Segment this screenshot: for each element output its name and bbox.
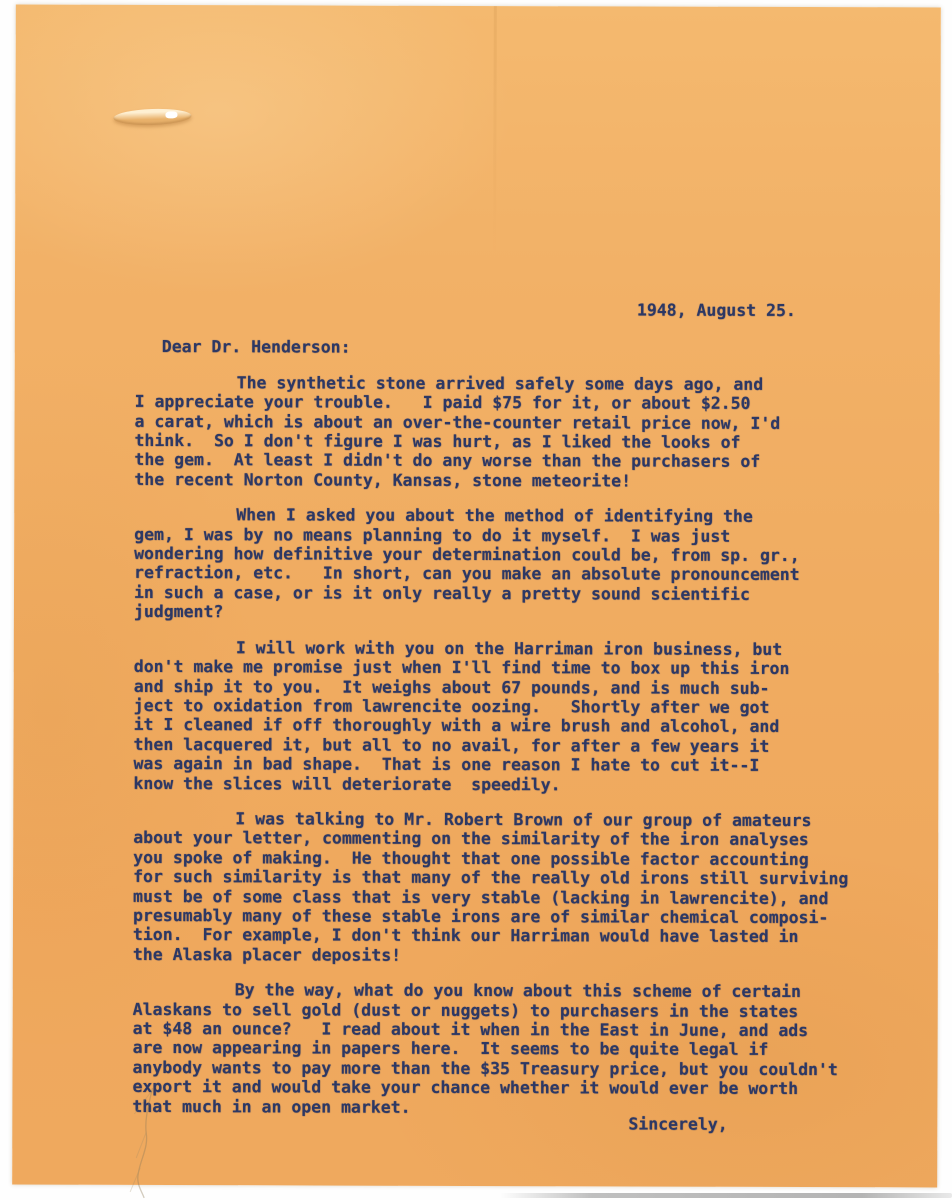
scanner-edge-shadow [500,1193,952,1198]
letter-date: 1948, August 25. [637,301,925,321]
scan-background: 1948, August 25. Dear Dr. Henderson: The… [0,0,952,1200]
letter-paragraph-5: By the way, what do you know about this … [132,980,922,1118]
letter-paragraph-1: The synthetic stone arrived safely some … [134,373,924,492]
letter-paragraph-2: When I asked you about the method of ide… [134,505,924,624]
letter-sheet: 1948, August 25. Dear Dr. Henderson: The… [12,5,941,1188]
letter-body: 1948, August 25. Dear Dr. Henderson: The… [132,5,926,1135]
letter-closing: Sincerely, [628,1115,922,1135]
letter-salutation: Dear Dr. Henderson: [162,337,925,359]
letter-paragraph-4: I was talking to Mr. Robert Brown of our… [133,809,923,967]
letter-paragraph-3: I will work with you on the Harriman iro… [133,638,923,796]
